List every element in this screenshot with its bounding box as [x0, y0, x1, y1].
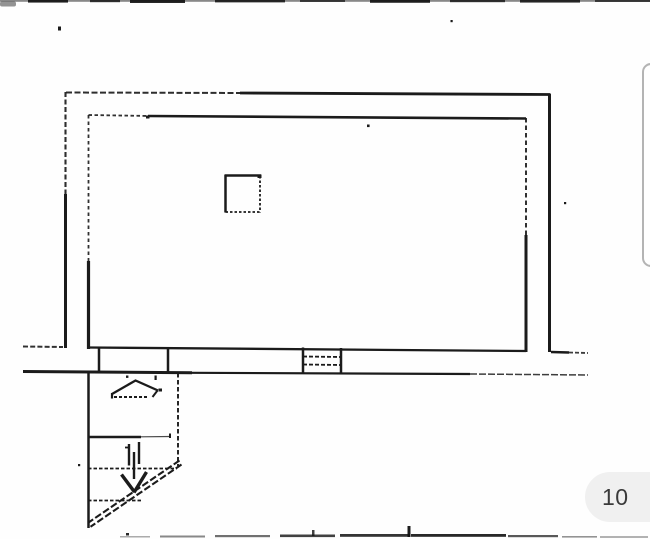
bottom-wall [23, 347, 588, 376]
entry-hat-marker [112, 381, 162, 399]
column-square [225, 175, 262, 213]
window-symbol [303, 348, 341, 375]
top-scan-edge [0, 0, 650, 7]
right-edge-card[interactable] [642, 63, 650, 267]
outer-wall [66, 92, 551, 352]
page-number-text: 10 [602, 484, 629, 511]
ink-specks [58, 20, 566, 466]
document-viewer-screen: 10 [0, 0, 650, 539]
page-number-badge: 10 [585, 472, 650, 522]
scanned-floorplan-page [0, 0, 650, 539]
bottom-scan-edge [120, 526, 648, 538]
inner-wall [89, 115, 527, 352]
stair-diagonal-line [91, 465, 182, 527]
